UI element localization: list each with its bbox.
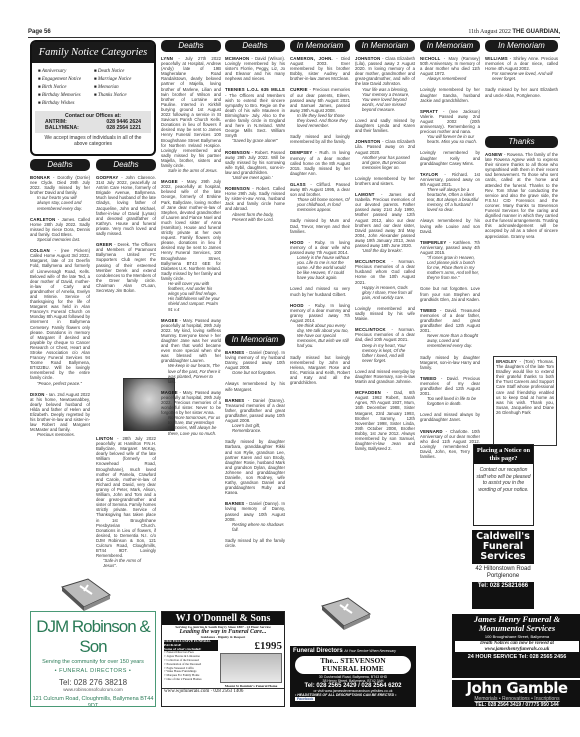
notice-verse: Deep in my heart, Your memory is kept, O… xyxy=(355,343,415,363)
notice-text: - Charlotte. 10th Anniversary of our dea… xyxy=(420,429,480,459)
category-item: Marriage Notice xyxy=(94,76,150,82)
section-header-deaths: Deaths xyxy=(161,40,221,52)
categories-list: AnniversaryDeath NoticeEngagement Notice… xyxy=(32,63,154,106)
notice-entry: Loved and sadly missed by daughters Lynd… xyxy=(355,118,415,133)
notice-entry: GODFRAY - John Clarence. 31st July 2022,… xyxy=(96,175,156,236)
notice-verse: Never more than a thought away, Loved an… xyxy=(420,333,480,348)
section-header-deaths: Deaths xyxy=(96,159,156,171)
notice-verse: Another year has passed and gone, But pr… xyxy=(355,155,415,170)
notice-verse: There will always be a heartache, Often … xyxy=(420,187,480,212)
notice-text: - Dad, 6th August 1962 Robert, Sarah Agn… xyxy=(355,390,415,451)
notice-text: Sadly missed by Mum and Dad, Trevor, Mer… xyxy=(290,218,350,233)
facebook-icon: Facebook xyxy=(295,697,315,701)
notice-entry: BARNES - Daniel (Danny). In loving memor… xyxy=(225,501,285,532)
notice-text: - Rowena. The family of the late Rowena … xyxy=(485,152,558,239)
notice-entry: Gone but not forgotten. Love from your s… xyxy=(420,286,480,301)
notice-entry: DEMPSEY - Ruth. In loving memory of a de… xyxy=(290,150,350,175)
notice-verse: Too well loved in life to be forgotten i… xyxy=(420,396,480,406)
notice-entry: Loved and missed so very much by her hus… xyxy=(290,286,350,296)
notice-entry: Lovingly remembered by her brothers and … xyxy=(355,176,415,186)
notice-verse: Your life was a blessing, Your memory a … xyxy=(355,87,415,112)
notice-entry: LAMONT - James and Isabella. Precious me… xyxy=(355,192,415,253)
section-header-memoriam: In Memoriam xyxy=(420,40,480,52)
page-header: Page 56 11th August 2022 THE GUARDIAN, xyxy=(28,28,560,38)
notice-entry: Lovingly remembered and sadly missed by … xyxy=(355,306,415,321)
page-number: Page 56 xyxy=(28,29,51,35)
package-price: £1995 xyxy=(218,640,284,652)
notice-text: Sadly missed by daughter Barbara, grandd… xyxy=(225,439,285,495)
section-header-memoriam: In Memoriam xyxy=(355,40,415,52)
notice-verse: We keep in our hearts, The love of the p… xyxy=(161,363,221,383)
notice-entry: GLASS - Clifford. Passed away 8th August… xyxy=(290,182,350,213)
notice-entry: BONNAR - Dorothy (Dorrie) nee Clyde. Die… xyxy=(30,175,90,211)
notice-text: - John Clarence. 31st July 2022, peacefu… xyxy=(96,175,156,236)
notice-verse: You will forever be in our hearts. Miss … xyxy=(420,134,480,144)
notice-verse: Gone but not forgotten. xyxy=(225,370,285,375)
section-header-memoriam: In Memoriam xyxy=(290,40,350,52)
notice-text: Lovingly remembered and sadly missed by … xyxy=(355,306,415,321)
section-header-deaths: Deaths xyxy=(30,159,90,171)
notice-text: - James and Isabella. Precious memories … xyxy=(355,192,415,248)
notice-verse: Lonely is the house without you. Life to… xyxy=(290,255,350,280)
notice-text: - Mary. 29th July 2022, peacefully at ho… xyxy=(161,179,221,281)
notice-entry: Sadly missed by all the family circle. xyxy=(225,538,285,548)
notice-entry: LYNN - July 27th 2022 peacefully at Hosp… xyxy=(161,56,221,173)
notice-text: - Clara Elizabeth (Lila), passed away 2 … xyxy=(355,56,415,86)
notice-entry: CARLETON - James. Called Home 28th July … xyxy=(30,217,90,242)
notice-verse: No more tomorrows, For us to share, But … xyxy=(161,415,221,435)
memoriam-column-8: In Memoriam WILLIAMS - Shirley Anne. Pre… xyxy=(485,40,558,150)
notice-text: Sadly missed by all the family circle. xyxy=(225,538,285,548)
notice-entry: HOOD - Ruby. In loving memory of a dear … xyxy=(290,303,350,349)
notice-entry: JOHNSTON - Clara Elizabeth (Lila), passe… xyxy=(355,56,415,112)
funeral-home-photo xyxy=(220,653,282,683)
notice-verse: "If roses grow in Heaven, Lord please pi… xyxy=(420,255,480,280)
notice-verse: 'Until we meet again.' xyxy=(225,175,285,180)
notice-entry: Sadly missed but lovingly remembered by … xyxy=(290,355,350,386)
notice-entry: Loved and missed always by granddaughter… xyxy=(420,412,480,422)
notice-entry: Sadly missed by her aunt Elizabeth and u… xyxy=(485,87,558,97)
notice-verse: Always remembered xyxy=(420,76,480,81)
notice-entry: VENNARD - Charlotte. 10th Anniversary of… xyxy=(420,429,480,460)
memoriam-column-6: In Memoriam JOHNSTON - Clara Elizabeth (… xyxy=(355,40,415,640)
placing-notice-box: Placing a Notice on this page? Contact o… xyxy=(473,444,534,526)
notice-entry: TWEED - David. Precious memories of my d… xyxy=(420,376,480,407)
notice-text: Gone but not forgotten. Love from your s… xyxy=(420,286,480,301)
memoriam-column-5: In Memoriam CAMERON, JOHN. - Died August… xyxy=(290,40,350,570)
notice-entry: Sadly missed and lovingly remembered by … xyxy=(290,134,350,144)
notice-entry: BARNES - Daniel (Danny). Treasured memor… xyxy=(225,398,285,434)
category-item: Birth Notice xyxy=(38,84,94,90)
section-header-memoriam: In Memoriam xyxy=(225,334,285,346)
djm-phone: Tel: 028 276 38218 xyxy=(31,678,155,687)
deaths-column-2: Deaths GODFRAY - John Clarence. 31st Jul… xyxy=(96,159,156,374)
notice-text: - July 27th 2022 peacefully at Hospital,… xyxy=(161,56,221,168)
notice-text: Loved and missed always by granddaughter… xyxy=(420,412,480,422)
deaths-column-4: Deaths MCMAHON - David (Wilson). Lovingl… xyxy=(225,40,285,332)
ad-stevenson-funeral-home[interactable]: Funeral Directors At Your Service When N… xyxy=(290,646,416,707)
notice-verse: "Saved by grace alone!" xyxy=(225,138,285,143)
notice-verse: Safe in the arms of Jesus. xyxy=(161,168,221,173)
notice-text: Lovingly remembered by her daughter Sand… xyxy=(420,87,480,102)
notice-entry: Always remembered by his loving wife Lou… xyxy=(420,218,480,233)
notice-entry: ROBINSON - Robert. Passed away 29th July… xyxy=(225,150,285,181)
ad-djm-robinson[interactable]: DJM Robinson & Son Serving the community… xyxy=(30,611,156,707)
notice-verse: We think about you every day, We talk ab… xyxy=(290,323,350,348)
notice-verse: 'Until the day breaks'. xyxy=(355,248,415,253)
section-header-memoriam: In Memoriam xyxy=(485,40,558,52)
notice-text: - Mary. Passed away peacefully at hospit… xyxy=(161,318,221,364)
notice-entry: MCCLINTOCK - Norman. Precious memories o… xyxy=(355,259,415,300)
notice-entry: Sadly missed by Mum and Dad, Trevor, Mer… xyxy=(290,218,350,233)
ad-james-henry-funeral[interactable]: James Henry Funeral & Monumental Service… xyxy=(452,614,580,678)
notice-entry: DIXON - Ian. 2nd August 2022 at his home… xyxy=(30,392,90,438)
ad-wj-odonnell[interactable]: WJ O'Donnell & Sons Serving Co Antrim & … xyxy=(161,611,285,707)
category-item: Anniversary xyxy=(38,68,94,74)
notice-verse: Love's last gift, Remembrance. xyxy=(225,423,285,433)
notice-verse: Special memories last. xyxy=(30,237,90,242)
package-item: > One of Our 2 Funeral Homes xyxy=(164,678,218,682)
notice-verse: Happy in Heaven, Gods glory I share, Fre… xyxy=(355,285,415,300)
thanks-notice-bradley: BRADLEY - (Tom) Thomas. The daughters of… xyxy=(493,356,557,446)
notice-entry: TWEED - David. Treasured memories of a d… xyxy=(420,308,480,349)
notice-entry: MCFADDEN - Dad, 6th August 1962 Robert, … xyxy=(355,390,415,451)
notice-entry: MAGEE - Mary. 29th July 2022, peacefully… xyxy=(161,179,221,311)
notice-entry: WILLIAMS - Shirley Anne. Precious memori… xyxy=(485,56,558,81)
notice-entry: NICHOLL - Mary (Ramsey) 50th Anniversary… xyxy=(420,56,480,81)
thanks-column: Thanks AGNEW - Rowena. The family of the… xyxy=(485,136,558,354)
notice-verse: In life they lived for those they loved.… xyxy=(290,113,350,128)
notice-entry: LINTON - 28th July 2022 peacefully at Ha… xyxy=(96,436,156,568)
notice-entry: ROBINSON - Robert. Called Home 29th July… xyxy=(225,186,285,222)
notice-text: - 28th July 2022 peacefully at Hamilton … xyxy=(96,436,156,558)
notice-entry: BARNES - Daniel (Danny). In loving memor… xyxy=(225,350,285,375)
notice-verse: Absent form the body, Present with the L… xyxy=(225,212,285,222)
notice-text: Loved and sadly missed by daughters Lynd… xyxy=(355,118,415,133)
newspaper-page: Page 56 11th August 2022 THE GUARDIAN, F… xyxy=(28,28,560,710)
category-item: Memorian xyxy=(94,84,150,90)
notice-entry: Sadly missed by daughter Margaret, son-i… xyxy=(420,355,480,370)
deaths-column-3: Deaths LYNN - July 27th 2022 peacefully … xyxy=(161,40,221,605)
contact-offices: Contact our Offices at: ANTRIM:028 9446 … xyxy=(35,111,151,133)
notice-text: Sadly missed by daughter Margaret, son-i… xyxy=(420,355,480,370)
category-item: Death Notice xyxy=(94,68,150,74)
office-ballymena: BALLYMENA:028 2564 1221 xyxy=(45,125,141,131)
notice-text: - The Officers and Members wish to exten… xyxy=(225,93,285,139)
notice-verse: In our hearts you will always stay, Love… xyxy=(30,195,90,210)
notice-entry: Sadly missed by daughter Barbara, grandd… xyxy=(225,439,285,495)
notice-text: Always remembered by his loving wife Lou… xyxy=(420,218,480,233)
notice-entry: MAGEE - Mary. Passed away peacefully at … xyxy=(161,318,221,384)
issue-date: 11th August 2022 THE GUARDIAN, xyxy=(468,29,560,35)
section-header-deaths: Deaths xyxy=(225,40,285,52)
category-item: Thanks Notice xyxy=(94,92,150,98)
notice-text: Always remembered by his wife Margaret. xyxy=(225,381,285,391)
notice-verse: Precious memories. xyxy=(30,432,90,437)
notice-verse: He will cover you with feathers, And und… xyxy=(161,281,221,312)
notice-entry: Lovingly remembered by daughter Kelly an… xyxy=(420,150,480,165)
notice-entry: TAYLOR - Richard. 1st Anniversary, passe… xyxy=(420,172,480,213)
notice-text: - Ian. 2nd August 2022 at his home, Newt… xyxy=(30,392,90,433)
notice-entry: CAMERON, JOHN. - Died August 2003. Ever … xyxy=(290,56,350,81)
ad-caldwells-funeral[interactable]: Caldwell's Funeral Services 42 Hiltonsto… xyxy=(472,530,534,609)
notice-entry: HOOD - Ruby. In loving memory of a dear … xyxy=(290,240,350,281)
notice-entry: MCCLINTOCK - Norman. Precious memories o… xyxy=(355,327,415,363)
categories-footer: We accept images of individuals in all o… xyxy=(32,133,154,149)
djm-website: www.robinsonsofculcrum.com xyxy=(31,687,155,692)
notice-entry: SPRATT - (nee Jackson) Valerie. Passed a… xyxy=(420,109,480,145)
notice-verse: "Safe in the Arms of Jesus". xyxy=(96,558,156,568)
notice-entry: COLGAN - (nee Pickern) Called Home Augus… xyxy=(30,248,90,386)
notice-text: Sadly missed by her aunt Elizabeth and u… xyxy=(485,87,558,97)
notice-text: Loved and missed everyday by daughter Ro… xyxy=(355,369,415,384)
notice-verse: For someone we loved, And will never for… xyxy=(485,71,558,81)
notice-entry: GREER - Derek. The Officers and Members … xyxy=(96,242,156,293)
notice-entry: MAGEE - Mary. Passed away peacefully at … xyxy=(161,390,221,436)
bible-icon xyxy=(58,577,112,613)
notice-entry: TEENIES L.O.L 635 MILLS - The Officers a… xyxy=(225,87,285,143)
notice-verse: Those old home scenes, Of your childhood… xyxy=(290,197,350,212)
notice-entry: CURRIE - Precious memories of our dear p… xyxy=(290,87,350,128)
family-notice-categories-box: Family Notice Categories AnniversaryDeat… xyxy=(30,40,156,156)
notice-entry: TIMPERLEY - Kathleen. 7th Anniversary, p… xyxy=(420,240,480,281)
notice-entry: Loved and missed everyday by daughter Ro… xyxy=(355,369,415,384)
notice-entry: Lovingly remembered by her daughter Sand… xyxy=(420,87,480,102)
category-item: Engagement Notice xyxy=(38,76,94,82)
notice-text: Lovingly remembered by daughter Kelly an… xyxy=(420,150,480,165)
category-item: Birthday Memories xyxy=(38,92,94,98)
notice-text: - Derek. The Officers and Members of Par… xyxy=(96,242,156,293)
notice-text: Sadly missed and lovingly remembered by … xyxy=(290,134,350,144)
category-item: Birthday Wishes xyxy=(38,100,94,106)
ad-john-gamble[interactable]: John Gamble Memorials • Renovations • In… xyxy=(452,680,580,707)
notice-entry: JOHNSTON - Clara Elizabeth Lila. Passed … xyxy=(355,139,415,170)
notice-verse: Resting where no shadows fall. xyxy=(225,522,285,532)
notice-entry: AGNEW - Rowena. The family of the late R… xyxy=(485,152,558,239)
notice-text: - (nee Pickern) Called Home August 3rd 2… xyxy=(30,248,90,380)
deaths-column-1: Deaths BONNAR - Dorothy (Dorrie) nee Cly… xyxy=(30,159,90,539)
notice-text: Loved and missed so very much by her hus… xyxy=(290,286,350,296)
memoriam-column-7: In Memoriam NICHOLL - Mary (Ramsey) 50th… xyxy=(420,40,480,612)
deaths-column-2b: LINTON - 28th July 2022 peacefully at Ha… xyxy=(96,436,156,576)
categories-title: Family Notice Categories xyxy=(32,42,154,63)
notice-text: Lovingly remembered by her brothers and … xyxy=(355,176,415,186)
memoriam-column-4: In Memoriam BARNES - Daniel (Danny). In … xyxy=(225,334,285,609)
notice-entry: MCMAHON - David (Wilson). Lovingly remem… xyxy=(225,56,285,81)
notice-text: Sadly missed but lovingly remembered by … xyxy=(290,355,350,385)
notice-verse: "Peace, perfect peace." xyxy=(30,381,90,386)
section-header-thanks: Thanks xyxy=(485,136,558,148)
notice-entry: Always remembered by his wife Margaret. xyxy=(225,381,285,391)
